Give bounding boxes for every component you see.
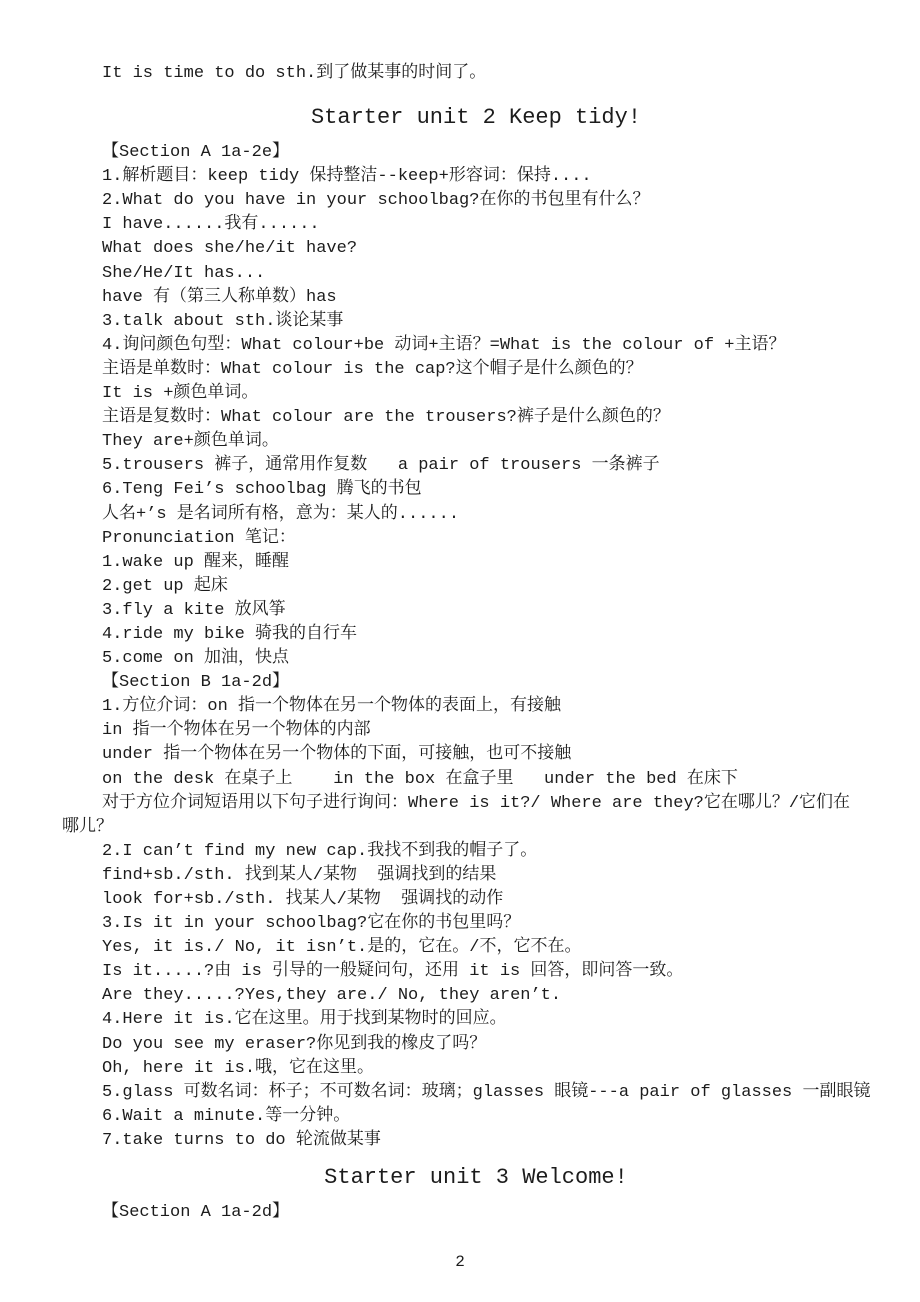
section-a-header: 【Section A 1a-2e】 bbox=[62, 141, 890, 165]
page-number: 2 bbox=[0, 1251, 920, 1273]
note-line: 3.Is it in your schoolbag?它在你的书包里吗？ bbox=[62, 912, 890, 936]
note-line: 4.Here it is.它在这里。用于找到某物时的回应。 bbox=[62, 1008, 890, 1032]
note-line: 1.解析题目：keep tidy 保持整洁--keep+形容词：保持.... bbox=[62, 165, 890, 189]
note-line: 2.get up 起床 bbox=[62, 575, 890, 599]
note-line: 2.I can’t find my new cap.我找不到我的帽子了。 bbox=[62, 840, 890, 864]
note-line: She/He/It has... bbox=[62, 262, 890, 286]
note-line: Are they.....?Yes,they are./ No, they ar… bbox=[62, 984, 890, 1008]
note-line: 5.come on 加油，快点 bbox=[62, 647, 890, 671]
section-b-header: 【Section B 1a-2d】 bbox=[62, 671, 890, 695]
note-line: find+sb./sth. 找到某人/某物 强调找到的结果 bbox=[62, 864, 890, 888]
note-line: Is it.....?由 is 引导的一般疑问句，还用 it is 回答，即问答… bbox=[62, 960, 890, 984]
note-line: 3.fly a kite 放风筝 bbox=[62, 599, 890, 623]
pronunciation-header: Pronunciation 笔记： bbox=[62, 527, 890, 551]
note-line: on the desk 在桌子上 in the box 在盒子里 under t… bbox=[62, 768, 890, 792]
note-line: 5.trousers 裤子，通常用作复数 a pair of trousers … bbox=[62, 454, 890, 478]
wrapped-line: 哪儿？ bbox=[62, 816, 890, 840]
note-line: 1.wake up 醒来，睡醒 bbox=[62, 551, 890, 575]
document-body: It is time to do sth.到了做某事的时间了。 Starter … bbox=[0, 0, 920, 1225]
note-line: 1.方位介词：on 指一个物体在另一个物体的表面上，有接触 bbox=[62, 695, 890, 719]
note-line: have 有（第三人称单数）has bbox=[62, 286, 890, 310]
note-line: 6.Teng Fei’s schoolbag 腾飞的书包 bbox=[62, 478, 890, 502]
note-line: 7.take turns to do 轮流做某事 bbox=[62, 1129, 890, 1153]
note-line: Oh, here it is.哦，它在这里。 bbox=[62, 1057, 890, 1081]
note-line: 主语是复数时：What colour are the trousers?裤子是什… bbox=[62, 406, 890, 430]
note-line: look for+sb./sth. 找某人/某物 强调找的动作 bbox=[62, 888, 890, 912]
note-line: 2.What do you have in your schoolbag?在你的… bbox=[62, 189, 890, 213]
note-line: Yes, it is./ No, it isn’t.是的，它在。/不，它不在。 bbox=[62, 936, 890, 960]
intro-line: It is time to do sth.到了做某事的时间了。 bbox=[62, 62, 890, 86]
note-line: 对于方位介词短语用以下句子进行询问：Where is it?/ Where ar… bbox=[62, 792, 890, 816]
note-line: under 指一个物体在另一个物体的下面，可接触，也可不接触 bbox=[62, 743, 890, 767]
note-line: They are+颜色单词。 bbox=[62, 430, 890, 454]
note-line: in 指一个物体在另一个物体的内部 bbox=[62, 719, 890, 743]
unit3-title: Starter unit 3 Welcome! bbox=[62, 1161, 890, 1195]
note-line: 人名+’s 是名词所有格，意为：某人的...... bbox=[62, 503, 890, 527]
note-line: Do you see my eraser?你见到我的橡皮了吗？ bbox=[62, 1033, 890, 1057]
note-line: 4.ride my bike 骑我的自行车 bbox=[62, 623, 890, 647]
note-line: 6.Wait a minute.等一分钟。 bbox=[62, 1105, 890, 1129]
unit2-title: Starter unit 2 Keep tidy! bbox=[62, 101, 890, 135]
section-a2-header: 【Section A 1a-2d】 bbox=[62, 1201, 890, 1225]
note-line: 主语是单数时：What colour is the cap?这个帽子是什么颜色的… bbox=[62, 358, 890, 382]
note-line: It is +颜色单词。 bbox=[62, 382, 890, 406]
note-line: 3.talk about sth.谈论某事 bbox=[62, 310, 890, 334]
note-line: 4.询问颜色句型：What colour+be 动词+主语？=What is t… bbox=[62, 334, 890, 358]
note-line: I have......我有...... bbox=[62, 213, 890, 237]
document-page: { "page": { "number": "2", "background_c… bbox=[0, 0, 920, 1302]
note-line: 5.glass 可数名词：杯子；不可数名词：玻璃；glasses 眼镜---a … bbox=[62, 1081, 890, 1105]
note-line: What does she/he/it have? bbox=[62, 237, 890, 261]
